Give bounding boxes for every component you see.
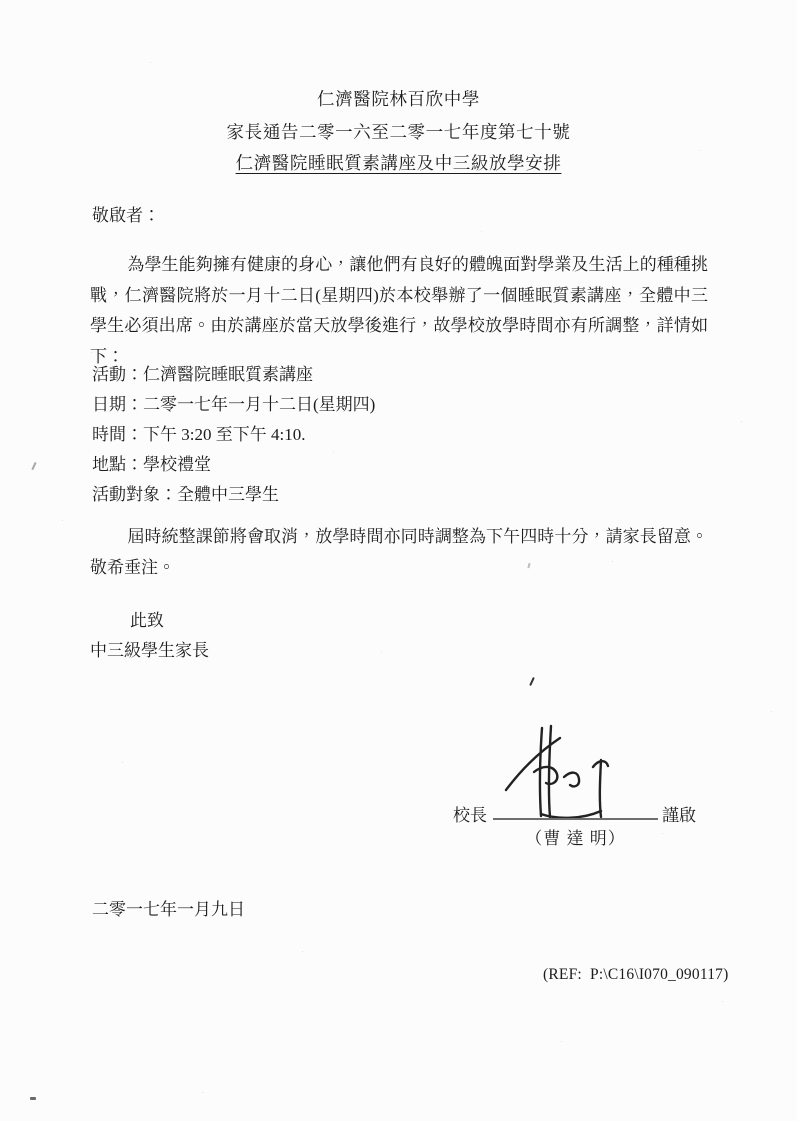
detail-activity: 活動：仁濟醫院睡眠質素講座 xyxy=(92,360,375,390)
event-details: 活動：仁濟醫院睡眠質素講座 日期：二零一七年一月十二日(星期四) 時間：下午 3… xyxy=(92,360,375,510)
principal-name: （曹 達 明） xyxy=(493,824,658,849)
school-name: 仁濟醫院林百欣中學 xyxy=(0,86,797,111)
reference-code: (REF: P:\C16\I070_090117) xyxy=(543,966,728,984)
signature-line xyxy=(493,818,658,820)
principal-signature-handwriting xyxy=(498,722,628,822)
respectfully-label: 謹啟 xyxy=(662,801,696,826)
detail-time: 時間：下午 3:20 至下午 4:10. xyxy=(92,420,375,450)
scan-artifact-light-slash xyxy=(31,462,36,470)
detail-date: 日期：二零一七年一月十二日(星期四) xyxy=(92,390,375,420)
principal-title-label: 校長 xyxy=(453,801,487,826)
detail-venue: 地點：學校禮堂 xyxy=(92,450,375,480)
scanned-letter-page: 仁濟醫院林百欣中學 家長通告二零一六至二零一七年度第七十號 仁濟醫院睡眠質素講座… xyxy=(0,0,797,1121)
scan-artifact-speck xyxy=(30,1097,36,1100)
closing-paragraph: 屆時統整課節將會取消，放學時間亦同時調整為下午四時十分，請家長留意。敬希垂注。 xyxy=(90,522,708,583)
salutation: 敬啟者： xyxy=(92,201,160,226)
scan-noise xyxy=(0,0,1,1)
body-paragraph: 為學生能夠擁有健康的身心，讓他們有良好的體魄面對學業及生活上的種種挑戰，仁濟醫院… xyxy=(90,250,708,372)
scan-artifact-slash xyxy=(529,677,535,686)
recipient-line: 中三級學生家長 xyxy=(90,636,209,661)
detail-audience: 活動對象：全體中三學生 xyxy=(92,480,375,510)
closing-salute: 此致 xyxy=(130,606,164,631)
notice-subject: 仁濟醫院睡眠質素講座及中三級放學安排 xyxy=(0,150,797,175)
issue-date: 二零一七年一月九日 xyxy=(92,895,245,920)
notice-number-line: 家長通告二零一六至二零一七年度第七十號 xyxy=(0,119,797,144)
